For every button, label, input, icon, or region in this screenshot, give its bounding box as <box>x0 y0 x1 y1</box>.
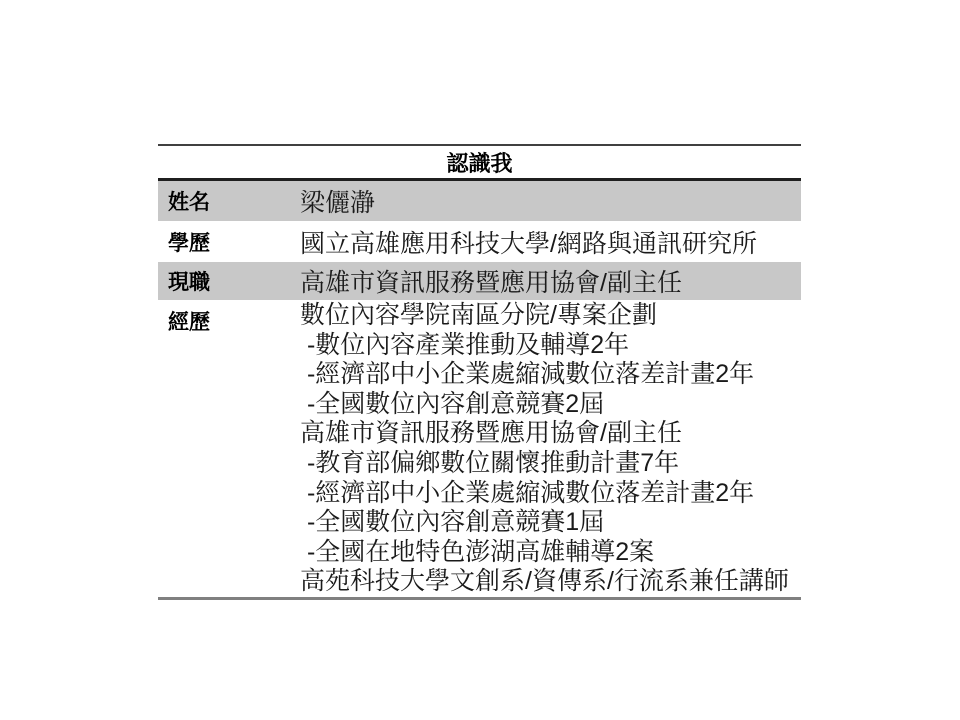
row-label-education: 學歷 <box>158 221 300 262</box>
table-row-current-job: 現職 高雄市資訊服務暨應用協會/副主任 <box>158 262 801 300</box>
row-value-education: 國立高雄應用科技大學/網路與通訊研究所 <box>300 221 801 262</box>
row-value-name: 梁儷瀞 <box>300 181 801 221</box>
row-value-current-job: 高雄市資訊服務暨應用協會/副主任 <box>300 262 801 300</box>
table-row-name: 姓名 梁儷瀞 <box>158 181 801 221</box>
row-value-experience: 數位內容學院南區分院/專案企劃 -數位內容產業推動及輔導2年 -經濟部中小企業處… <box>300 300 801 597</box>
row-label-current-job: 現職 <box>158 262 300 300</box>
slide-canvas: 認識我 姓名 梁儷瀞 學歷 國立高雄應用科技大學/網路與通訊研究所 現職 高雄市… <box>0 0 960 720</box>
about-me-table: 認識我 姓名 梁儷瀞 學歷 國立高雄應用科技大學/網路與通訊研究所 現職 高雄市… <box>158 144 801 600</box>
table-title: 認識我 <box>158 144 801 181</box>
table-row-education: 學歷 國立高雄應用科技大學/網路與通訊研究所 <box>158 221 801 262</box>
row-label-experience: 經歷 <box>158 300 300 597</box>
table-row-experience: 經歷 數位內容學院南區分院/專案企劃 -數位內容產業推動及輔導2年 -經濟部中小… <box>158 300 801 600</box>
row-label-name: 姓名 <box>158 181 300 221</box>
